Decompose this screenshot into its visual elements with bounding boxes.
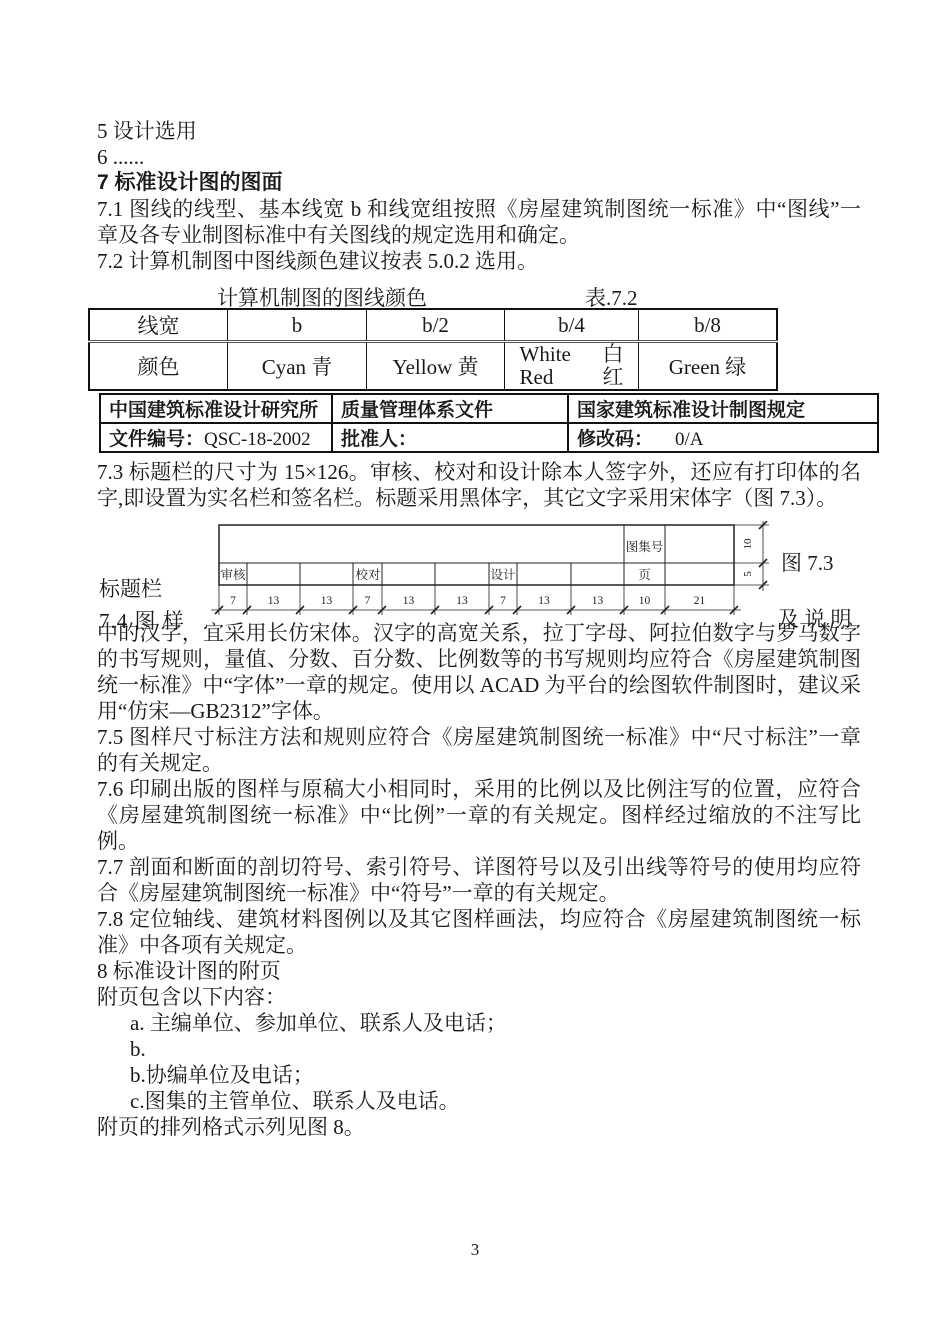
dim-4: 7 bbox=[365, 595, 371, 607]
dim-1: 7 bbox=[230, 595, 236, 607]
height-dim-10: 10 bbox=[742, 538, 754, 550]
red-en: Red bbox=[520, 366, 554, 389]
color-cell-white-red: White 白 Red 红 bbox=[505, 342, 639, 391]
para-8-end: 附页的排列格式示列见图 8。 bbox=[97, 1114, 861, 1140]
dim-5: 13 bbox=[403, 595, 415, 607]
para-7-7: 7.7 剖面和断面的剖切符号、索引符号、详图符号以及引出线等符号的使用均应符合《… bbox=[97, 854, 861, 906]
rev-cell: 修改码：0/A bbox=[568, 423, 878, 452]
table-ref-label: 表.7.2 bbox=[585, 282, 638, 312]
dim-9: 13 bbox=[592, 595, 604, 607]
white-en: White bbox=[520, 343, 571, 366]
doc-info-row-1: 中国建筑标准设计研究所 质量管理体系文件 国家建筑标准设计制图规定 bbox=[100, 394, 878, 423]
para-8-intro: 附页包含以下内容： bbox=[97, 984, 861, 1010]
para-7-1: 7.1 图线的线型、基本线宽 b 和线宽组按照《房屋建筑制图统一标准》中“图线”… bbox=[97, 196, 861, 248]
para-7-3: 7.3 标题栏的尺寸为 15×126。审核、校对和设计除本人签字外，还应有打印体… bbox=[97, 459, 861, 511]
title-bar-diagram: 审核 校对 设计 页 图集号 bbox=[210, 521, 778, 620]
rev-value: 0/A bbox=[675, 429, 704, 450]
header-cell-linewidth: 线宽 bbox=[89, 309, 228, 342]
title-cell: 国家建筑标准设计制图规定 bbox=[568, 394, 878, 423]
file-no-label: 文件编号： bbox=[109, 429, 204, 450]
appendix-item-b-blank: b. bbox=[97, 1036, 861, 1062]
color-cell-yellow: Yellow 黄 bbox=[367, 342, 505, 391]
system-cell: 质量管理体系文件 bbox=[332, 394, 568, 423]
cell-label-design: 设计 bbox=[490, 567, 516, 582]
cell-label-page: 页 bbox=[638, 568, 651, 582]
table-color-row: 颜色 Cyan 青 Yellow 黄 White 白 Red 红 bbox=[89, 342, 777, 391]
dim-8: 13 bbox=[538, 595, 550, 607]
file-no-value: QSC-18-2002 bbox=[204, 429, 311, 450]
figure-left-caption: 标题栏 bbox=[99, 573, 162, 603]
doc-info-row-2: 文件编号：QSC-18-2002 批准人： 修改码：0/A bbox=[100, 423, 878, 452]
approver-cell: 批准人： bbox=[332, 423, 568, 452]
page-number: 3 bbox=[0, 1240, 950, 1260]
approver-label: 批准人： bbox=[341, 429, 417, 450]
header-cell-b: b bbox=[228, 309, 367, 342]
para-7-4-lead: 7.4 图 样 bbox=[99, 605, 185, 635]
appendix-item-c: c.图集的主管单位、联系人及电话。 bbox=[97, 1088, 861, 1114]
dim-7: 7 bbox=[500, 595, 506, 607]
section-heading-7: 7 标准设计图的图面 bbox=[97, 170, 861, 196]
line-color-table: 线宽 b b/2 b/4 b/8 颜色 Cyan 青 Yellow 黄 Whit… bbox=[88, 308, 778, 391]
cell-label-proof: 校对 bbox=[355, 567, 380, 582]
appendix-item-b: b.协编单位及电话； bbox=[97, 1062, 861, 1088]
doc-info-table: 中国建筑标准设计研究所 质量管理体系文件 国家建筑标准设计制图规定 文件编号：Q… bbox=[99, 393, 879, 453]
color-cell-cyan: Cyan 青 bbox=[228, 342, 367, 391]
rev-label: 修改码： bbox=[577, 429, 653, 450]
header-cell-b8: b/8 bbox=[639, 309, 778, 342]
red-cn: 红 bbox=[603, 366, 624, 389]
para-7-4-wrap-text: 及 说 明 bbox=[778, 603, 852, 633]
cell-label-atlas-no: 图集号 bbox=[626, 539, 664, 554]
org-cell: 中国建筑标准设计研究所 bbox=[100, 394, 332, 423]
para-7-5: 7.5 图样尺寸标注方法和规则应符合《房屋建筑制图统一标准》中“尺寸标注”一章的… bbox=[97, 724, 861, 776]
list-item-5: 5 设计选用 bbox=[97, 118, 861, 144]
para-7-2: 7.2 计算机制图中图线颜色建议按表 5.0.2 选用。 bbox=[97, 248, 861, 274]
dim-11: 21 bbox=[694, 595, 706, 607]
table-7-2-caption-row: 计算机制图的图线颜色 表.7.2 bbox=[97, 282, 861, 308]
white-cn: 白 bbox=[603, 343, 624, 366]
file-no-cell: 文件编号：QSC-18-2002 bbox=[100, 423, 332, 452]
table-caption: 计算机制图的图线颜色 bbox=[217, 282, 427, 312]
figure-number-label: 图 7.3 bbox=[781, 547, 834, 577]
dim-2: 13 bbox=[268, 595, 280, 607]
color-row-label: 颜色 bbox=[89, 342, 228, 391]
header-cell-b4: b/4 bbox=[505, 309, 639, 342]
cell-label-review: 审核 bbox=[220, 567, 246, 582]
para-7-4-body: 中的汉字，宜采用长仿宋体。汉字的高宽关系，拉丁字母、阿拉伯数字与罗马数字的书写规… bbox=[97, 620, 861, 724]
appendix-item-a: a. 主编单位、参加单位、联系人及电话； bbox=[97, 1010, 861, 1036]
header-cell-b2: b/2 bbox=[367, 309, 505, 342]
color-cell-green: Green 绿 bbox=[639, 342, 778, 391]
dim-6: 13 bbox=[456, 595, 468, 607]
para-7-6: 7.6 印刷出版的图样与原稿大小相同时，采用的比例以及比例注写的位置，应符合《房… bbox=[97, 776, 861, 854]
dim-10: 10 bbox=[639, 595, 651, 607]
dim-3: 13 bbox=[321, 595, 333, 607]
para-7-8: 7.8 定位轴线、建筑材料图例以及其它图样画法，均应符合《房屋建筑制图统一标准》… bbox=[97, 906, 861, 958]
section-heading-8: 8 标准设计图的附页 bbox=[97, 958, 861, 984]
document-page: 5 设计选用 6 ...... 7 标准设计图的图面 7.1 图线的线型、基本线… bbox=[0, 0, 950, 1344]
height-dim-5: 5 bbox=[742, 571, 754, 577]
document-body: 5 设计选用 6 ...... 7 标准设计图的图面 7.1 图线的线型、基本线… bbox=[97, 118, 861, 1140]
list-item-6: 6 ...... bbox=[97, 144, 861, 170]
figure-7-3: 审核 校对 设计 页 图集号 bbox=[97, 511, 861, 620]
table-header-row: 线宽 b b/2 b/4 b/8 bbox=[89, 309, 777, 342]
